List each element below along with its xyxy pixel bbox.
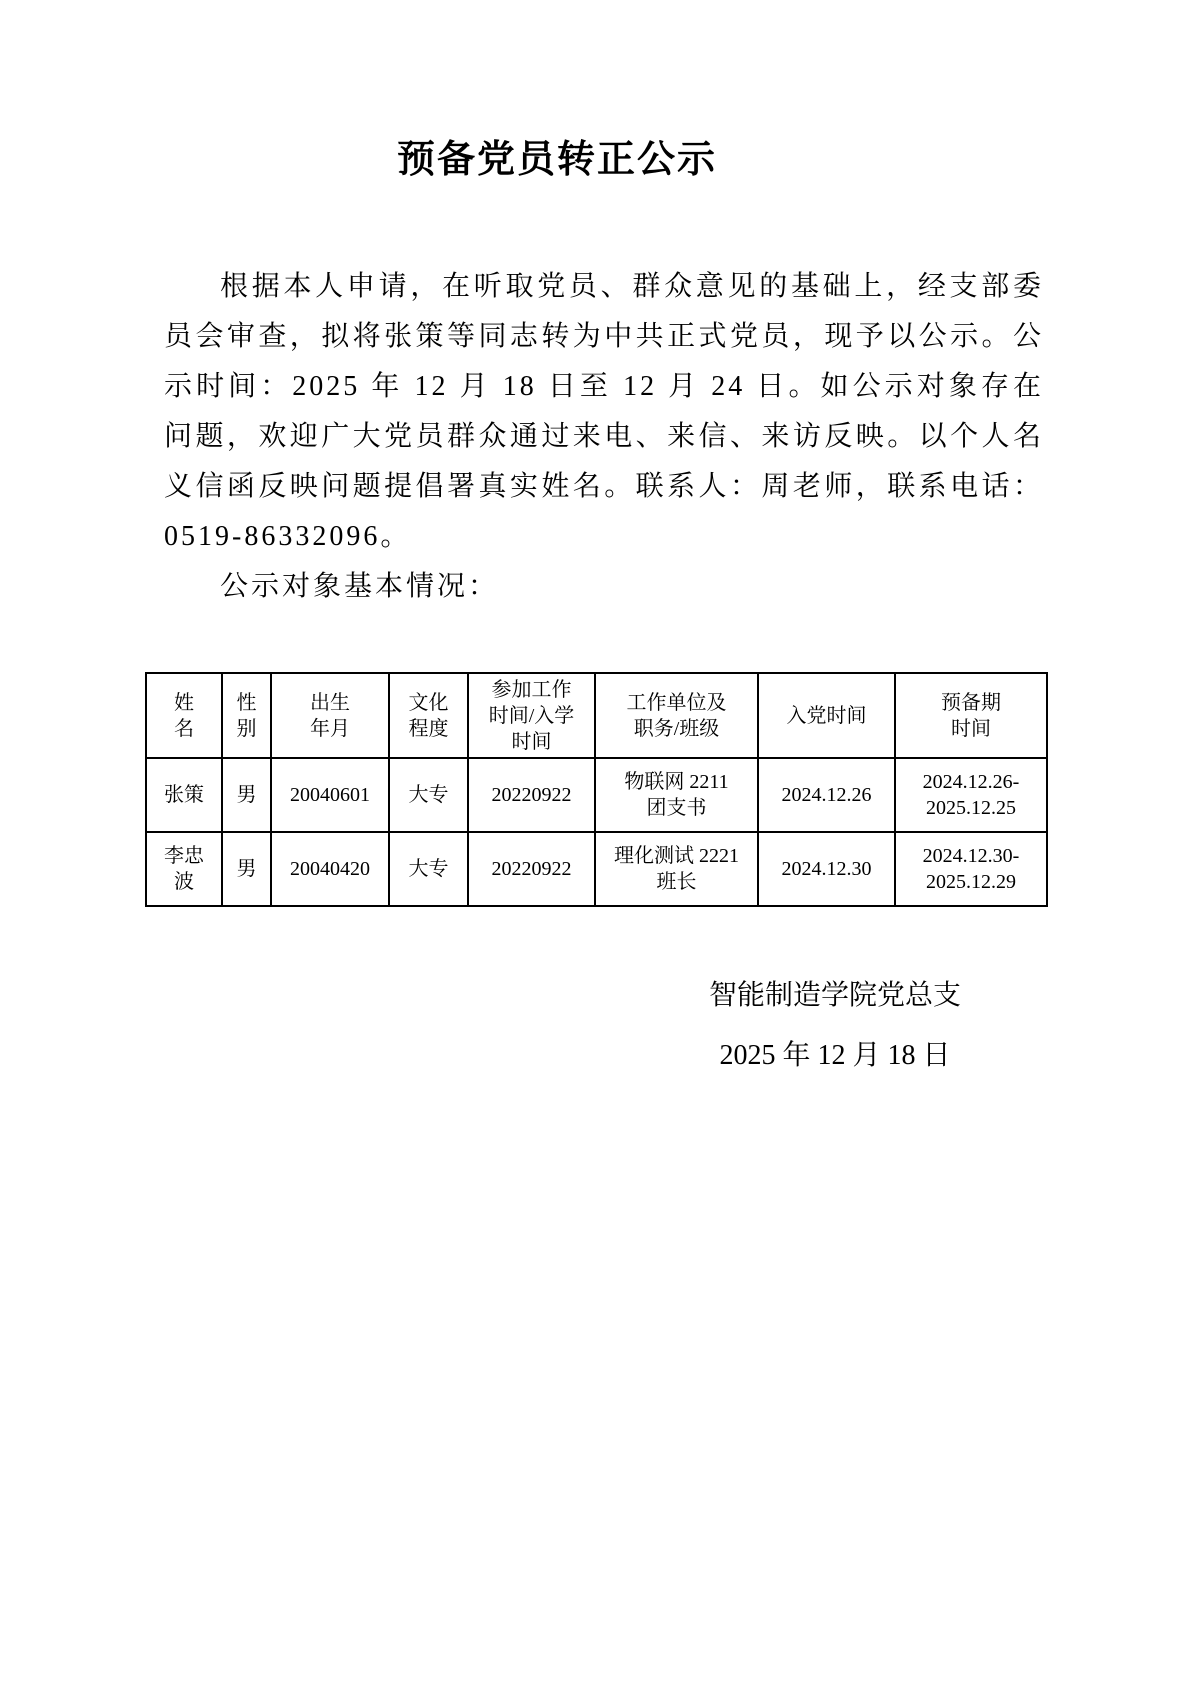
table-cell: 男 [222, 758, 271, 832]
candidates-table: 姓 名性 别出生 年月文化 程度参加工作 时间/入学 时间工作单位及 职务/班级… [145, 672, 1048, 907]
table-cell: 20040420 [271, 832, 389, 906]
table-row: 张策男20040601大专20220922物联网 2211 团支书2024.12… [146, 758, 1047, 832]
signature-date: 2025 年 12 月 18 日 [709, 1037, 961, 1075]
table-intro-line: 公示对象基本情况： [164, 562, 1044, 612]
column-header: 出生 年月 [271, 673, 389, 758]
table-cell: 李忠波 [146, 832, 222, 906]
column-header: 工作单位及 职务/班级 [595, 673, 758, 758]
table-cell: 2024.12.30 [758, 832, 895, 906]
table-header-row: 姓 名性 别出生 年月文化 程度参加工作 时间/入学 时间工作单位及 职务/班级… [146, 673, 1047, 758]
table-cell: 理化测试 2221 班长 [595, 832, 758, 906]
table-cell: 2024.12.26- 2025.12.25 [895, 758, 1047, 832]
column-header: 预备期 时间 [895, 673, 1047, 758]
table-cell: 大专 [389, 832, 468, 906]
column-header: 参加工作 时间/入学 时间 [468, 673, 595, 758]
column-header: 文化 程度 [389, 673, 468, 758]
table-body: 张策男20040601大专20220922物联网 2211 团支书2024.12… [146, 758, 1047, 906]
column-header: 入党时间 [758, 673, 895, 758]
column-header: 姓 名 [146, 673, 222, 758]
table-cell: 物联网 2211 团支书 [595, 758, 758, 832]
table-cell: 20220922 [468, 832, 595, 906]
table-cell: 2024.12.26 [758, 758, 895, 832]
signature-org: 智能制造学院党总支 [709, 977, 961, 1015]
table-row: 李忠波男20040420大专20220922理化测试 2221 班长2024.1… [146, 832, 1047, 906]
column-header: 性 别 [222, 673, 271, 758]
table-cell: 20220922 [468, 758, 595, 832]
document-page: 预备党员转正公示 根据本人申请，在听取党员、群众意见的基础上，经支部委员会审查，… [0, 0, 1191, 1684]
table-cell: 2024.12.30- 2025.12.29 [895, 832, 1047, 906]
signature-block: 智能制造学院党总支 2025 年 12 月 18 日 [709, 977, 961, 1075]
table-cell: 张策 [146, 758, 222, 832]
table-cell: 大专 [389, 758, 468, 832]
table-cell: 20040601 [271, 758, 389, 832]
announcement-paragraph: 根据本人申请，在听取党员、群众意见的基础上，经支部委员会审查，拟将张策等同志转为… [164, 262, 1044, 562]
table-cell: 男 [222, 832, 271, 906]
document-title: 预备党员转正公示 [137, 136, 977, 184]
